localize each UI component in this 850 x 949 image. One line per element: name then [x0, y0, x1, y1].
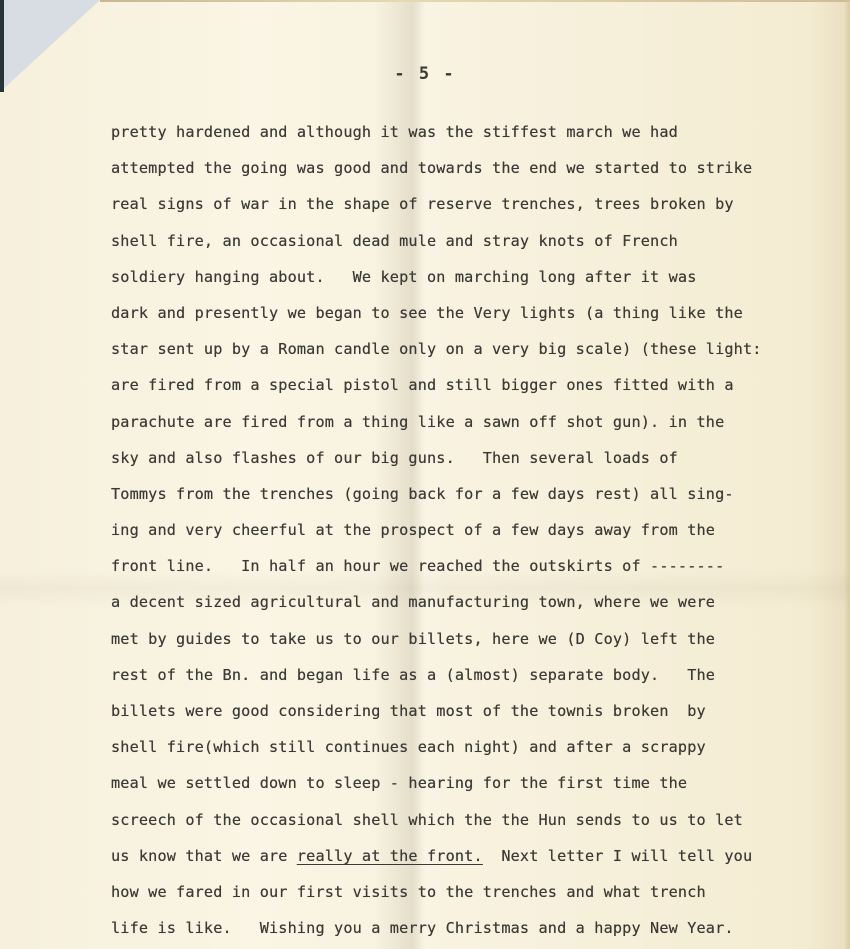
- text-line: dark and presently we began to see the V…: [111, 301, 841, 337]
- text-line: real signs of war in the shape of reserv…: [111, 192, 841, 228]
- letter-page: - 5 - pretty hardened and although it wa…: [0, 0, 850, 949]
- text-line: rest of the Bn. and began life as a (alm…: [111, 663, 841, 699]
- text-line: Tommys from the trenches (going back for…: [111, 482, 841, 518]
- text-line: pretty hardened and although it was the …: [111, 120, 841, 156]
- text-line: life is like. Wishing you a merry Christ…: [111, 916, 841, 949]
- text-line: a decent sized agricultural and manufact…: [111, 590, 841, 626]
- underlined-phrase: really at the front.: [297, 847, 483, 865]
- text-line: soldiery hanging about. We kept on march…: [111, 265, 841, 301]
- paper-top-edge: [100, 0, 850, 2]
- text-line: met by guides to take us to our billets,…: [111, 627, 841, 663]
- text-line: front line. In half an hour we reached t…: [111, 554, 841, 590]
- text-line: how we fared in our first visits to the …: [111, 880, 841, 916]
- text-line: ing and very cheerful at the prospect of…: [111, 518, 841, 554]
- text-line: attempted the going was good and towards…: [111, 156, 841, 192]
- text-line: billets were good considering that most …: [111, 699, 841, 735]
- text-line: are fired from a special pistol and stil…: [111, 373, 841, 409]
- text-line: parachute are fired from a thing like a …: [111, 410, 841, 446]
- page-number: - 5 -: [0, 64, 850, 84]
- text-line: shell fire, an occasional dead mule and …: [111, 229, 841, 265]
- text-line: meal we settled down to sleep - hearing …: [111, 771, 841, 807]
- text-line-underlined: us know that we are really at the front.…: [111, 844, 841, 880]
- paper-right-edge: [844, 0, 850, 949]
- text-segment: us know that we are: [111, 847, 297, 865]
- text-line: star sent up by a Roman candle only on a…: [111, 337, 841, 373]
- text-line: sky and also flashes of our big guns. Th…: [111, 446, 841, 482]
- text-segment: Next letter I will tell you: [483, 847, 753, 865]
- text-line: shell fire(which still continues each ni…: [111, 735, 841, 771]
- letter-body: pretty hardened and although it was the …: [111, 120, 841, 949]
- text-line: screech of the occasional shell which th…: [111, 808, 841, 844]
